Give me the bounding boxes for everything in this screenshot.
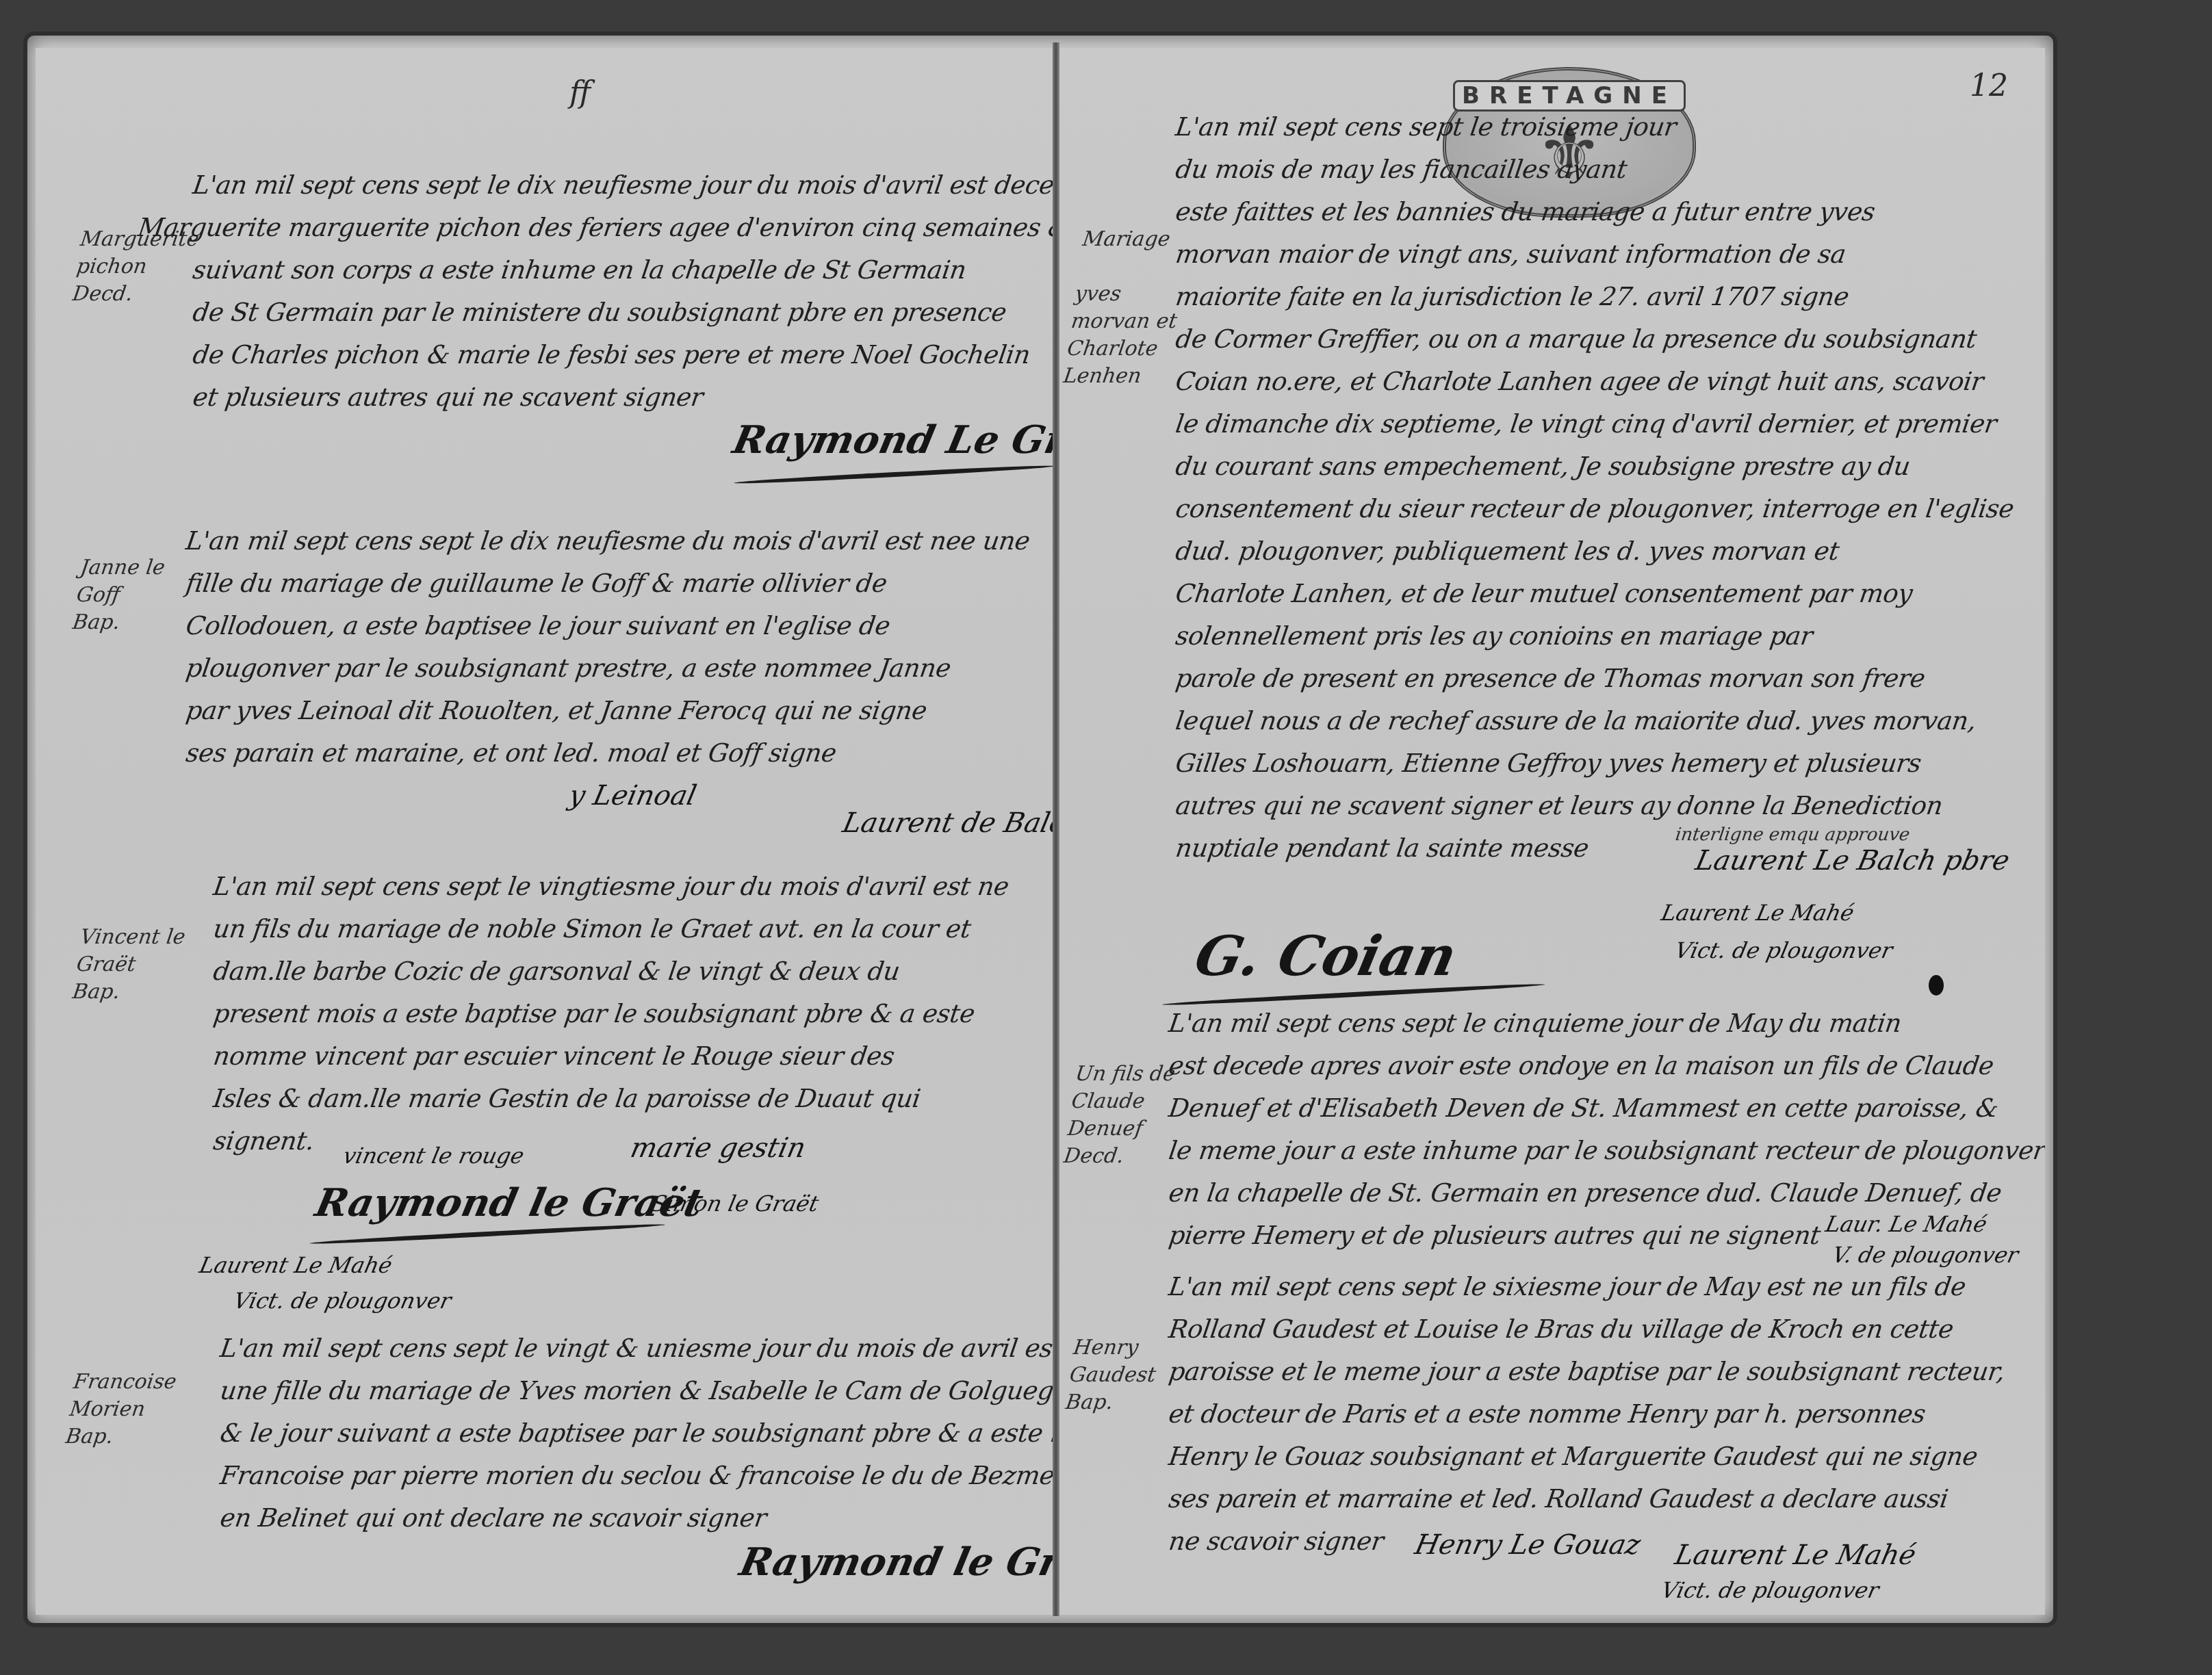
entry-line: paroisse et le meme jour a este baptise …: [1166, 1351, 2008, 1393]
margin-line: Charlote: [1066, 335, 1175, 363]
entry-line: du courant sans empechement, Je soubsign…: [1173, 445, 2017, 488]
entry-line: par yves Leinoal dit Rouolten, et Janne …: [183, 690, 1033, 732]
margin-line: Vincent le: [79, 924, 187, 951]
image-viewer: ff Marguerite pichon Decd. L'an mil sept…: [0, 0, 2212, 1675]
signature: Henry Le Gouaz: [1412, 1529, 1643, 1561]
entry-line: Charlote Lanhen, et de leur mutuel conse…: [1173, 573, 2017, 615]
signature: y Leinoal: [566, 780, 699, 811]
margin-line: Un fils de: [1074, 1061, 1177, 1088]
entry-line: lequel nous a de rechef assure de la mai…: [1173, 700, 2017, 742]
signature-flourish: [309, 1222, 665, 1245]
margin-line: Bap.: [1064, 1389, 1154, 1416]
signature: Laurent Le Mahé: [197, 1252, 395, 1278]
signature: vincent le rouge: [341, 1143, 526, 1169]
margin-line: Decd.: [1062, 1143, 1166, 1170]
ink-blot: [1929, 975, 1944, 996]
margin-line: Bap.: [64, 1423, 171, 1451]
entry-line: suivant son corps a este inhume en la ch…: [190, 249, 1057, 291]
entry-line: en la chapelle de St. Germain en presenc…: [1166, 1172, 2045, 1215]
entry-line: Henry le Gouaz soubsignant et Marguerite…: [1166, 1436, 2008, 1478]
entry-line: une fille du mariage de Yves morien & Is…: [218, 1370, 1057, 1412]
entry-line: morvan maior de vingt ans, suivant infor…: [1173, 233, 2017, 276]
entry-line: nomme vincent par escuier vincent le Rou…: [211, 1035, 1012, 1078]
signature: Raymond le Graët: [311, 1180, 707, 1225]
margin-line: Janne le: [79, 554, 167, 582]
signature-title: V. de plougonver: [1830, 1242, 2021, 1268]
margin-note: Francoise Morien Bap.: [64, 1368, 179, 1451]
entry-line: un fils du mariage de noble Simon le Gra…: [211, 908, 1012, 950]
entry-line: solennellement pris les ay conioins en m…: [1173, 615, 2017, 658]
interlinear-note: interligne emqu approuve: [1673, 821, 1912, 848]
signature: Laurent Le Mahé: [1659, 900, 1857, 926]
entry-line: Isles & dam.lle marie Gestin de la paroi…: [211, 1078, 1012, 1120]
left-page: ff Marguerite pichon Decd. L'an mil sept…: [36, 48, 1057, 1615]
margin-note: Vincent le Graët Bap.: [71, 924, 188, 1006]
signature: G. Coian: [1189, 924, 1463, 988]
register-entry: L'an mil sept cens sept le vingt & unies…: [220, 1327, 1057, 1540]
entry-line: de Cormer Greffier, ou on a marque la pr…: [1173, 318, 2017, 361]
entry-line: ses parain et maraine, et ont led. moal …: [183, 732, 1033, 775]
entry-line: Francoise par pierre morien du seclou & …: [218, 1455, 1057, 1497]
entry-line: en Belinet qui ont declare ne scavoir si…: [218, 1497, 1057, 1540]
entry-line: Gilles Loshouarn, Etienne Geffroy yves h…: [1173, 742, 2017, 785]
signature: Simon le Graët: [649, 1191, 821, 1217]
margin-line: Morien: [68, 1396, 175, 1423]
register-entry: L'an mil sept cens sept le sixiesme jour…: [1169, 1266, 2005, 1563]
margin-line: Gaudest: [1068, 1362, 1157, 1389]
entry-line: L'an mil sept cens sept le dix neufiesme…: [183, 520, 1033, 562]
margin-line: Denuef: [1066, 1115, 1169, 1143]
margin-line: Bap.: [71, 978, 179, 1006]
entry-line: Denuef et d'Elisabeth Deven de St. Mamme…: [1166, 1087, 2045, 1130]
signature-title: Vict. de plougonver: [1659, 1577, 1881, 1603]
register-entry: L'an mil sept cens sept le vingtiesme jo…: [214, 866, 1009, 1163]
margin-line: pichon: [75, 253, 197, 281]
entry-line: ses parein et marraine et led. Rolland G…: [1166, 1478, 2008, 1520]
margin-note: Janne le Goff Bap.: [71, 554, 167, 636]
entry-line: et docteur de Paris et a este nomme Henr…: [1166, 1393, 2008, 1436]
margin-note: Mariage yves morvan et Charlote Lenhen: [1062, 226, 1190, 390]
margin-line: yves: [1073, 281, 1183, 308]
entry-line: de St Germain par le ministere du soubsi…: [190, 291, 1057, 334]
margin-note: Henry Gaudest Bap.: [1064, 1334, 1161, 1416]
entry-line: de Charles pichon & marie le fesbi ses p…: [190, 334, 1057, 376]
signature: Raymond le Graët pbre: [736, 1540, 1057, 1585]
margin-line: Goff: [75, 582, 163, 609]
entry-line: L'an mil sept cens sept le vingtiesme jo…: [211, 866, 1012, 908]
folio-mark: ff: [569, 75, 591, 110]
signature: Laurent de Balch prestre: [840, 807, 1057, 839]
entry-line: L'an mil sept cens sept le troisieme jou…: [1173, 106, 2017, 148]
signature-title: Vict. de plougonver: [1673, 937, 1895, 963]
signature: Laurent Le Balch pbre: [1693, 845, 2012, 877]
entry-line: present mois a este baptise par le soubs…: [211, 993, 1012, 1035]
register-entry: L'an mil sept cens sept le troisieme jou…: [1176, 106, 2014, 870]
margin-line: Bap.: [71, 609, 159, 636]
entry-line: L'an mil sept cens sept le dix neufiesme…: [190, 164, 1057, 207]
entry-line: & le jour suivant a este baptisee par le…: [218, 1412, 1057, 1455]
entry-line: Collodouen, a este baptisee le jour suiv…: [183, 605, 1033, 647]
folio-number: 12: [1970, 68, 2008, 103]
entry-line: L'an mil sept cens sept le sixiesme jour…: [1166, 1266, 2008, 1308]
signature: Raymond Le Graët: [729, 417, 1057, 463]
register-entry: L'an mil sept cens sept le dix neufiesme…: [193, 164, 1057, 419]
margin-line: Lenhen: [1062, 363, 1171, 390]
margin-line: Henry: [1072, 1334, 1161, 1362]
entry-line: Rolland Gaudest et Louise le Bras du vil…: [1166, 1308, 2008, 1351]
signature: Laur. Le Mahé: [1823, 1211, 1990, 1237]
signature-flourish: [734, 464, 1055, 486]
entry-line: dam.lle barbe Cozic de garsonval & le vi…: [211, 950, 1012, 993]
margin-line: Graët: [75, 951, 183, 978]
signature: Laurent Le Mahé: [1672, 1540, 1918, 1571]
entry-line: signent.: [211, 1120, 1012, 1163]
signature: marie gestin: [628, 1132, 808, 1164]
entry-line: Coian no.ere, et Charlote Lanhen agee de…: [1173, 361, 2017, 403]
margin-line: Decd.: [71, 281, 194, 308]
entry-line: du mois de may les fiancailles ayant: [1173, 148, 2017, 191]
book-gutter: [1053, 42, 1059, 1616]
entry-line: plougonver par le soubsignant prestre, a…: [183, 647, 1033, 690]
register-entry: L'an mil sept cens sept le dix neufiesme…: [186, 520, 1029, 775]
margin-line: Claude: [1070, 1088, 1173, 1115]
entry-line: este faittes et les bannies du mariage a…: [1173, 191, 2017, 233]
entry-line: maiorite faite en la jurisdiction le 27.…: [1173, 276, 2017, 318]
margin-line: Francoise: [72, 1368, 179, 1396]
margin-note: Un fils de Claude Denuef Decd.: [1062, 1061, 1177, 1170]
entry-line: et plusieurs autres qui ne scavent signe…: [190, 376, 1057, 419]
entry-line: dud. plougonver, publiquement les d. yve…: [1173, 530, 2017, 573]
entry-line: L'an mil sept cens sept le cinquieme jou…: [1166, 1002, 2045, 1045]
entry-line: le dimanche dix septieme, le vingt cinq …: [1173, 403, 2017, 445]
register-book: ff Marguerite pichon Decd. L'an mil sept…: [27, 36, 2053, 1623]
entry-line: le meme jour a este inhume par le soubsi…: [1166, 1130, 2045, 1172]
signature-title: Vict. de plougonver: [231, 1288, 454, 1314]
entry-line: fille du mariage de guillaume le Goff & …: [183, 562, 1033, 605]
margin-line: morvan et: [1069, 308, 1179, 335]
entry-line: L'an mil sept cens sept le vingt & unies…: [218, 1327, 1057, 1370]
entry-line: est decede apres avoir este ondoye en la…: [1166, 1045, 2045, 1087]
right-page: 12 BRETAGNE ⚜ Mariage yves morvan et Cha…: [1059, 48, 2045, 1615]
entry-line: parole de present en presence de Thomas …: [1173, 658, 2017, 700]
entry-line: Marguerite marguerite pichon des feriers…: [136, 207, 1057, 249]
entry-line: consentement du sieur recteur de plougon…: [1173, 488, 2017, 530]
